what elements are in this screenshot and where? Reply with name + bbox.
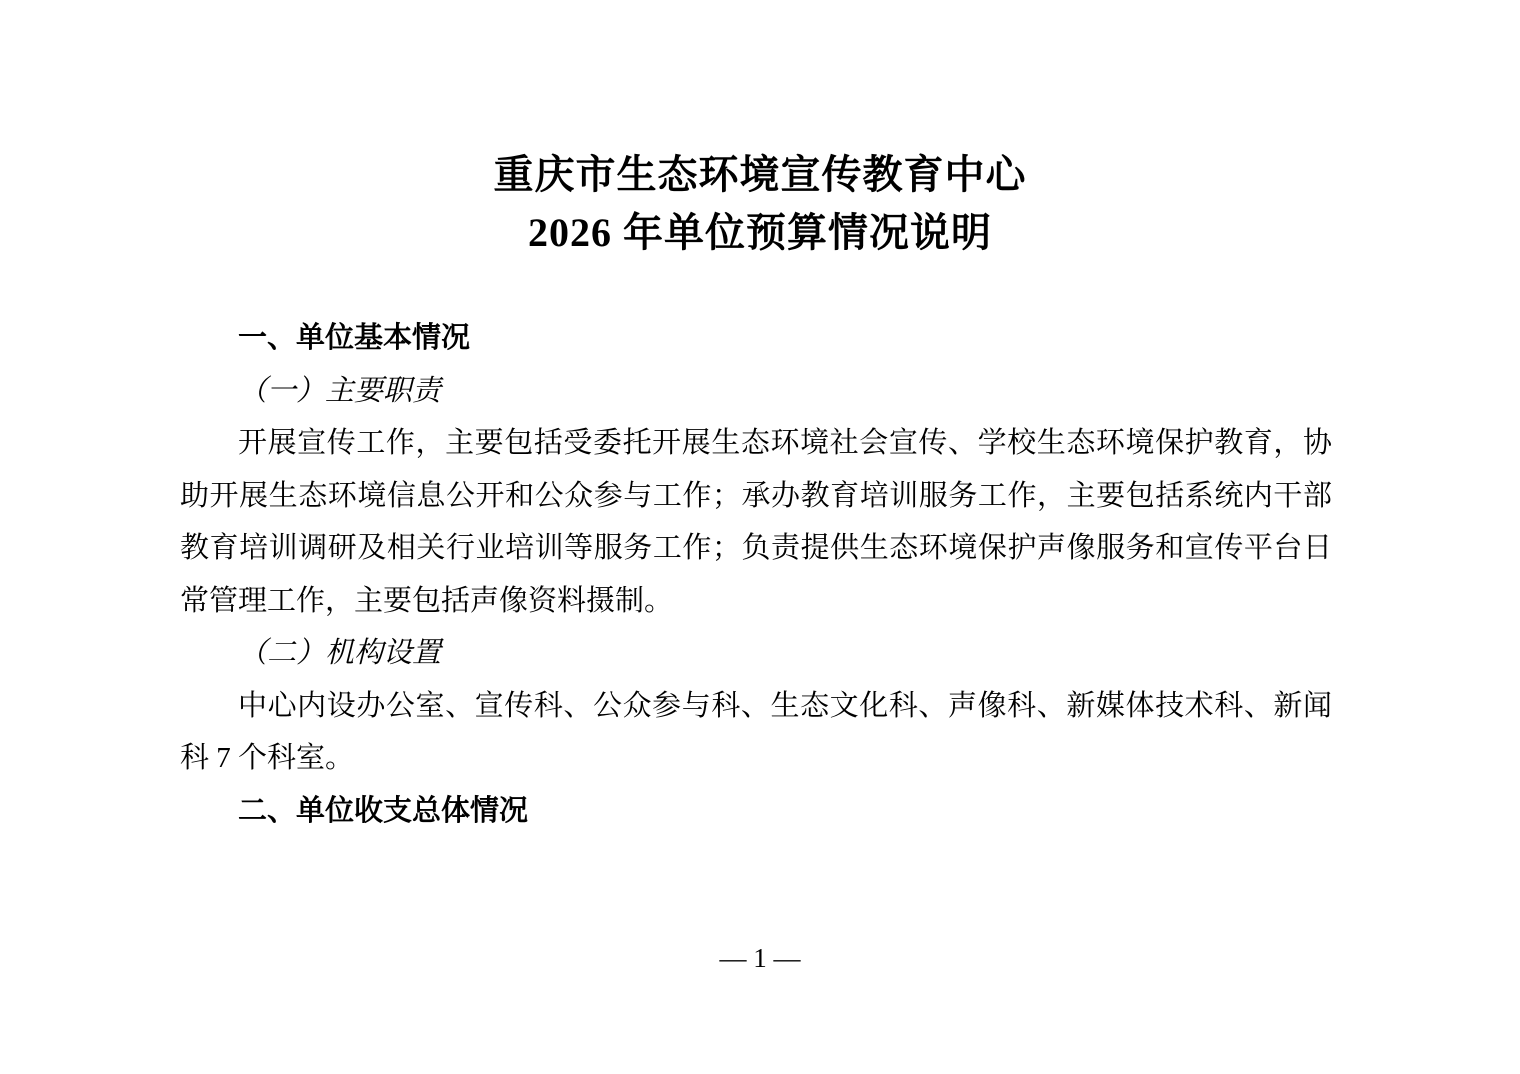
document-title-line1: 重庆市生态环境宣传教育中心: [0, 146, 1520, 204]
document-page: 重庆市生态环境宣传教育中心 2026 年单位预算情况说明 一、单位基本情况 （一…: [0, 0, 1520, 1074]
section-heading-unit-basic-info: 一、单位基本情况: [180, 312, 1332, 365]
paragraph-organization-setup: 中心内设办公室、宣传科、公众参与科、生态文化科、声像科、新媒体技术科、新闻科 7…: [180, 680, 1332, 785]
document-body: 一、单位基本情况 （一）主要职责 开展宣传工作，主要包括受委托开展生态环境社会宣…: [180, 312, 1332, 837]
paragraph-main-duties: 开展宣传工作，主要包括受委托开展生态环境社会宣传、学校生态环境保护教育，协助开展…: [180, 417, 1332, 627]
subsection-heading-main-duties: （一）主要职责: [180, 365, 1332, 418]
page-footer: — 1 —: [0, 938, 1520, 978]
subsection-heading-organization-setup: （二）机构设置: [180, 627, 1332, 680]
page-number: — 1 —: [720, 943, 801, 973]
section-heading-revenue-expenditure: 二、单位收支总体情况: [180, 785, 1332, 838]
document-title-line2: 2026 年单位预算情况说明: [0, 204, 1520, 262]
document-title: 重庆市生态环境宣传教育中心 2026 年单位预算情况说明: [0, 146, 1520, 262]
